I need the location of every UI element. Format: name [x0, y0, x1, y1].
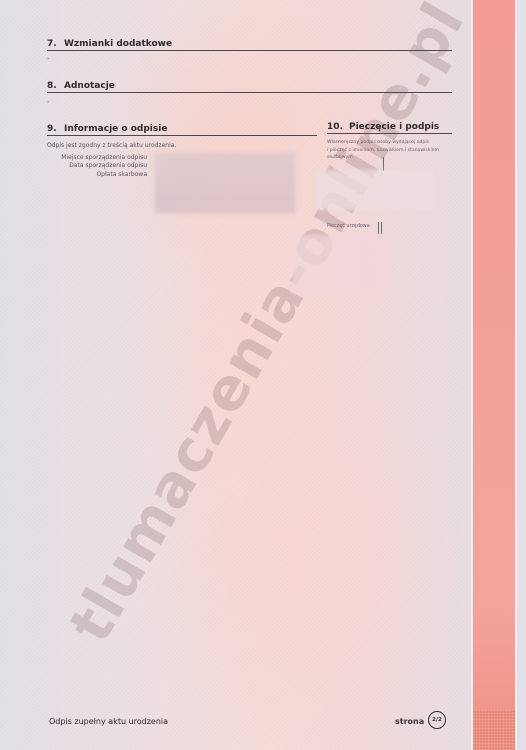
section-7-heading: 7. Wzmianki dodatkowe: [47, 39, 452, 51]
security-strip: [471, 0, 517, 750]
security-pattern: [0, 0, 526, 750]
section-title: Wzmianki dodatkowe: [64, 39, 172, 49]
field-label-place: Miejsce sporządzenia odpisu: [47, 154, 147, 162]
copy-info-labels: Miejsce sporządzenia odpisu Data sporząd…: [47, 154, 147, 179]
signature-instruction-line: Własnoręczny podpis osoby wydającej odpi…: [327, 139, 457, 147]
stamp-mark: [378, 222, 379, 234]
section-8-value: -: [47, 98, 50, 106]
official-stamp-label: Pieczęć urzędowa: [327, 224, 370, 229]
field-label-date: Data sporządzenia odpisu: [47, 162, 147, 170]
section-7-value: -: [47, 55, 50, 63]
signature-instruction-line: i pieczęć z imieniem, nazwiskiem i stano…: [327, 147, 457, 155]
section-number: 10.: [327, 122, 349, 132]
section-number: 7.: [47, 39, 64, 49]
redacted-stamp: [292, 235, 390, 293]
section-number: 9.: [47, 124, 64, 134]
redacted-signature: [315, 170, 435, 210]
redacted-copy-info-values: [155, 153, 295, 213]
section-title: Informacje o odpisie: [64, 124, 167, 134]
page-right-margin: [517, 0, 526, 750]
signature-instruction: Własnoręczny podpis osoby wydającej odpi…: [327, 139, 457, 162]
section-title: Adnotacje: [64, 81, 115, 91]
document-page: tlumaczenia-online.pl 7. Wzmianki dodatk…: [0, 0, 526, 750]
stamp-mark: [381, 222, 382, 234]
section-number: 8.: [47, 81, 64, 91]
section-10-heading: 10. Pieczęcie i podpis: [327, 122, 452, 134]
signature-mark: [383, 157, 384, 171]
security-strip-pattern: [473, 710, 515, 750]
footer-page-label: strona: [395, 717, 424, 726]
section-8-heading: 8. Adnotacje: [47, 81, 452, 93]
field-label-fee: Opłata skarbowa: [47, 171, 147, 179]
section-title: Pieczęcie i podpis: [349, 122, 439, 132]
section-9-heading: 9. Informacje o odpisie: [47, 124, 317, 136]
page-number-badge: 2/2: [428, 711, 446, 729]
copy-conformity-note: Odpis jest zgodny z treścią aktu urodzen…: [47, 142, 176, 151]
signature-instruction-line: służbowym.: [327, 154, 457, 162]
footer-document-title: Odpis zupełny aktu urodzenia: [49, 717, 168, 726]
